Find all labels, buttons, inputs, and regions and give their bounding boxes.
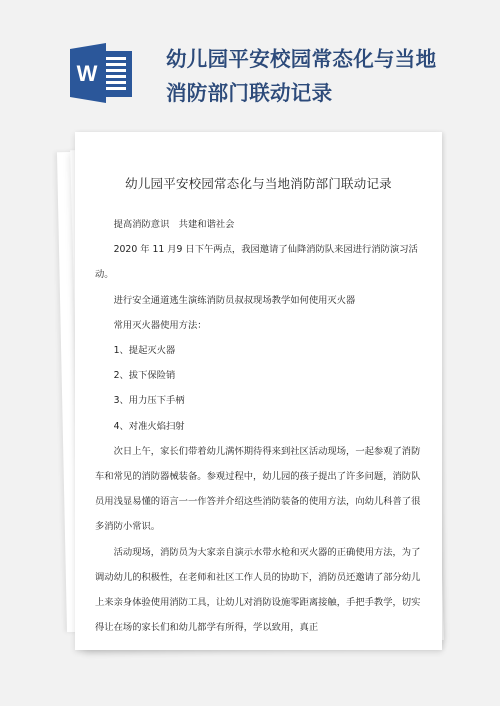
word-document-icon: W bbox=[68, 43, 134, 103]
paragraph-slogan: 提高消防意识 共建和谐社会 bbox=[95, 212, 422, 237]
list-item-step-2: 2、拔下保险销 bbox=[95, 363, 422, 388]
document-body: 提高消防意识 共建和谐社会 2020 年 11 月9 日下午两点，我园邀请了仙降… bbox=[95, 212, 422, 640]
paragraph-evacuation: 进行安全通道逃生演练消防员叔叔现场教学如何使用灭火器 bbox=[95, 288, 422, 313]
paragraph-activity: 活动现场，消防员为大家亲自演示水带水枪和灭火器的正确使用方法，为了调动幼儿的积极… bbox=[95, 540, 422, 641]
svg-text:W: W bbox=[77, 61, 98, 86]
document-page: 幼儿园平安校园常态化与当地消防部门联动记录 提高消防意识 共建和谐社会 2020… bbox=[75, 132, 442, 650]
list-item-step-4: 4、对准火焰扫射 bbox=[95, 414, 422, 439]
header-title-line-1: 幼儿园平安校园常态化与当地 bbox=[166, 42, 466, 76]
list-item-step-1: 1、提起灭火器 bbox=[95, 338, 422, 363]
header-title: 幼儿园平安校园常态化与当地 消防部门联动记录 bbox=[166, 42, 466, 110]
header-title-line-2: 消防部门联动记录 bbox=[166, 76, 466, 110]
list-item-step-3: 3、用力压下手柄 bbox=[95, 388, 422, 413]
paragraph-intro: 2020 年 11 月9 日下午两点，我园邀请了仙降消防队来园进行消防演习活动。 bbox=[95, 237, 422, 287]
paragraph-next-day: 次日上午，家长们带着幼儿满怀期待得来到社区活动现场，一起参观了消防车和常见的消防… bbox=[95, 439, 422, 540]
document-title: 幼儿园平安校园常态化与当地消防部门联动记录 bbox=[75, 174, 442, 192]
header-banner: W 幼儿园平安校园常态化与当地 消防部门联动记录 bbox=[0, 0, 500, 120]
paragraph-method-heading: 常用灭火器使用方法： bbox=[95, 313, 422, 338]
